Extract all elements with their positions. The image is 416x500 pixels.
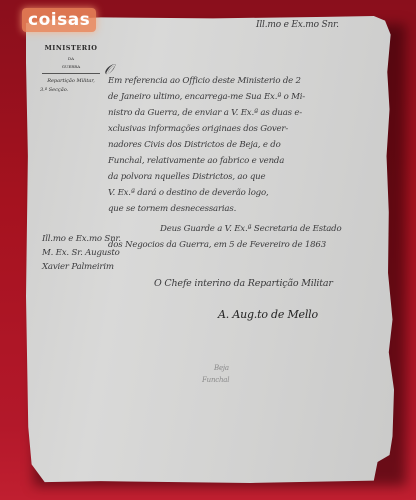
body-line: Em referencia ao Officio deste Ministeri… (108, 76, 301, 86)
addressee-line: Ill.mo e Ex.mo Snr. (42, 234, 121, 244)
letterhead-divider (42, 73, 100, 74)
letterhead-ministry: MINISTERIO (36, 44, 106, 52)
pencil-note: Beja (214, 364, 229, 372)
letterhead-section: 3.ª Secção. (36, 87, 106, 93)
addressee-line: Xavier Palmeirim (42, 262, 114, 272)
letterhead-guerra: GUERRA (36, 64, 106, 69)
salutation-top: Ill.mo e Ex.mo Snr. (256, 20, 339, 30)
ministry-letterhead: MINISTERIO DA GUERRA Repartição Militar,… (36, 44, 106, 93)
letterhead-department: Repartição Militar, (36, 78, 106, 84)
addressee-line: M. Ex. Sr. Augusto (42, 248, 120, 258)
body-line: nistro da Guerra, de enviar a V. Ex.ª as… (108, 108, 302, 118)
coisas-watermark-logo: coisas (22, 8, 96, 32)
body-line: Funchal, relativamente ao fabrico e vend… (108, 156, 284, 166)
pencil-note: Funchal (202, 376, 229, 384)
body-line: da polvora nquelles Districtos, ao que (108, 172, 265, 182)
body-line: V. Ex.ª dará o destino de deverão logo, (108, 188, 268, 198)
body-line: de Janeiro ultimo, encarrega-me Sua Ex.ª… (108, 92, 305, 102)
letterhead-da: DA (36, 56, 106, 61)
closing-line: Deus Guarde a V. Ex.ª Secretaria de Esta… (160, 224, 341, 234)
closing-line: dos Negocios da Guerra, em 5 de Fevereir… (108, 240, 326, 250)
signature-name: A. Aug.to de Mello (218, 308, 318, 321)
body-line: que se tornem desnecessarias. (108, 204, 236, 214)
signature-title: O Chefe interino da Repartição Militar (154, 278, 333, 289)
body-line: nadores Civis dos Districtos de Beja, e … (108, 140, 281, 150)
body-line: xclusivas informações originaes dos Gove… (108, 124, 288, 134)
